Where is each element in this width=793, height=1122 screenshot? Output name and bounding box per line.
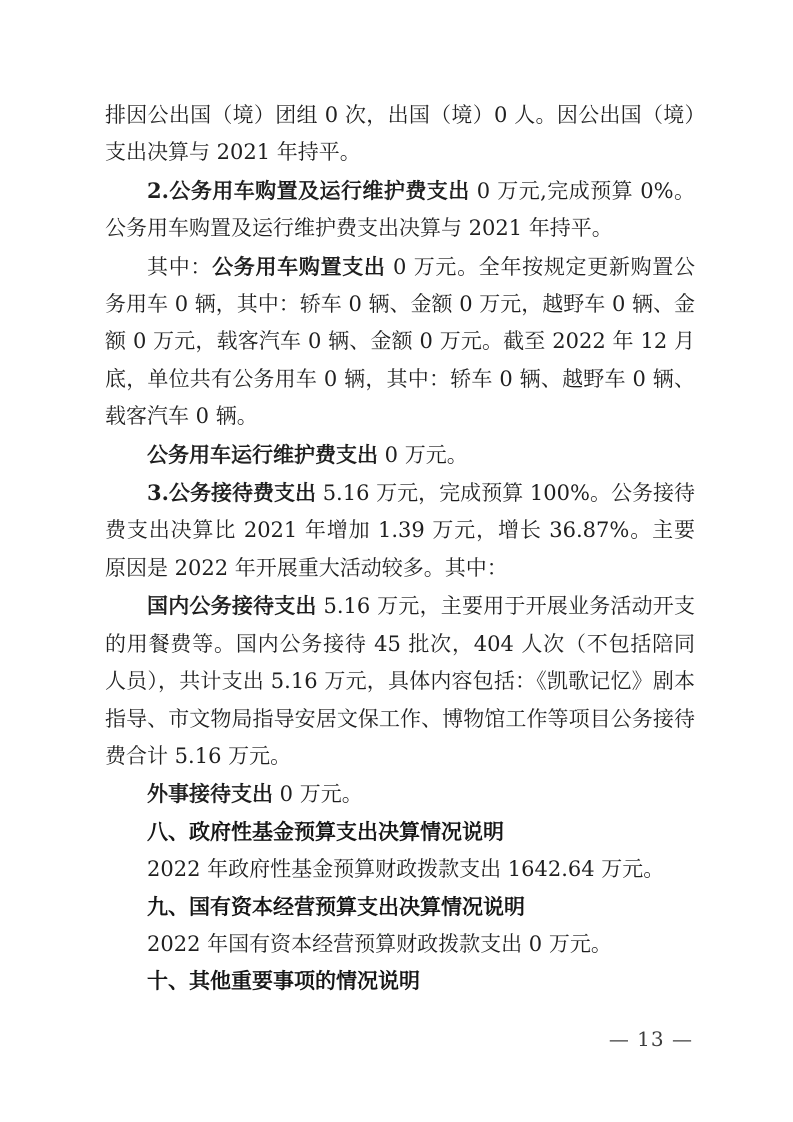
text-run: 排因公出国（境）团组 0 次，出国（境）0 人。因公出国（境）支出决算与 202…	[105, 103, 695, 164]
heading-text: 八、政府性基金预算支出决算情况说明	[147, 820, 504, 844]
paragraph-vehicle-purchase: 其中：公务用车购置支出 0 万元。全年按规定更新购置公务用车 0 辆，其中：轿车…	[105, 248, 695, 436]
text-run: 5.16 万元，主要用于开展业务活动开支的用餐费等。国内公务接待 45 批次，4…	[105, 594, 695, 768]
text-run: 2022 年国有资本经营预算财政拨款支出 0 万元。	[147, 932, 612, 956]
text-run: 0 万元。	[273, 782, 363, 806]
heading-section-nine: 九、国有资本经营预算支出决算情况说明	[105, 889, 695, 926]
text-run-bold: 3.公务接待费支出	[147, 480, 316, 505]
heading-section-eight: 八、政府性基金预算支出决算情况说明	[105, 814, 695, 851]
heading-text: 九、国有资本经营预算支出决算情况说明	[147, 895, 525, 919]
page-number: — 13 —	[609, 1027, 693, 1051]
heading-section-ten: 十、其他重要事项的情况说明	[105, 963, 695, 1000]
paragraph-vehicle-maintenance: 公务用车运行维护费支出 0 万元。	[105, 436, 695, 474]
paragraph-state-capital-expenditure: 2022 年国有资本经营预算财政拨款支出 0 万元。	[105, 926, 695, 963]
paragraph-reception-total: 3.公务接待费支出 5.16 万元，完成预算 100%。公务接待费支出决算比 2…	[105, 474, 695, 587]
paragraph-vehicle-total: 2.公务用车购置及运行维护费支出 0 万元,完成预算 0%。公务用车购置及运行维…	[105, 172, 695, 248]
text-run-bold: 国内公务接待支出	[147, 593, 317, 618]
text-run: 0 万元。	[378, 443, 468, 467]
document-page: 排因公出国（境）团组 0 次，出国（境）0 人。因公出国（境）支出决算与 202…	[0, 0, 793, 1122]
text-run-bold: 公务用车购置支出	[212, 254, 386, 279]
paragraph-domestic-reception: 国内公务接待支出 5.16 万元，主要用于开展业务活动开支的用餐费等。国内公务接…	[105, 587, 695, 775]
text-run: 其中：	[147, 255, 212, 279]
text-run-bold: 公务用车运行维护费支出	[147, 442, 378, 467]
document-body: 排因公出国（境）团组 0 次，出国（境）0 人。因公出国（境）支出决算与 202…	[105, 97, 695, 1001]
heading-text: 十、其他重要事项的情况说明	[147, 969, 420, 993]
text-run: 0 万元。全年按规定更新购置公务用车 0 辆，其中：轿车 0 辆、金额 0 万元…	[105, 255, 695, 429]
text-run-bold: 2.公务用车购置及运行维护费支出	[147, 178, 470, 203]
paragraph-govt-fund-expenditure: 2022 年政府性基金预算财政拨款支出 1642.64 万元。	[105, 851, 695, 888]
text-run-bold: 外事接待支出	[147, 781, 273, 806]
paragraph-overseas-trips: 排因公出国（境）团组 0 次，出国（境）0 人。因公出国（境）支出决算与 202…	[105, 97, 695, 172]
paragraph-foreign-reception: 外事接待支出 0 万元。	[105, 775, 695, 813]
text-run: 2022 年政府性基金预算财政拨款支出 1642.64 万元。	[147, 857, 664, 881]
